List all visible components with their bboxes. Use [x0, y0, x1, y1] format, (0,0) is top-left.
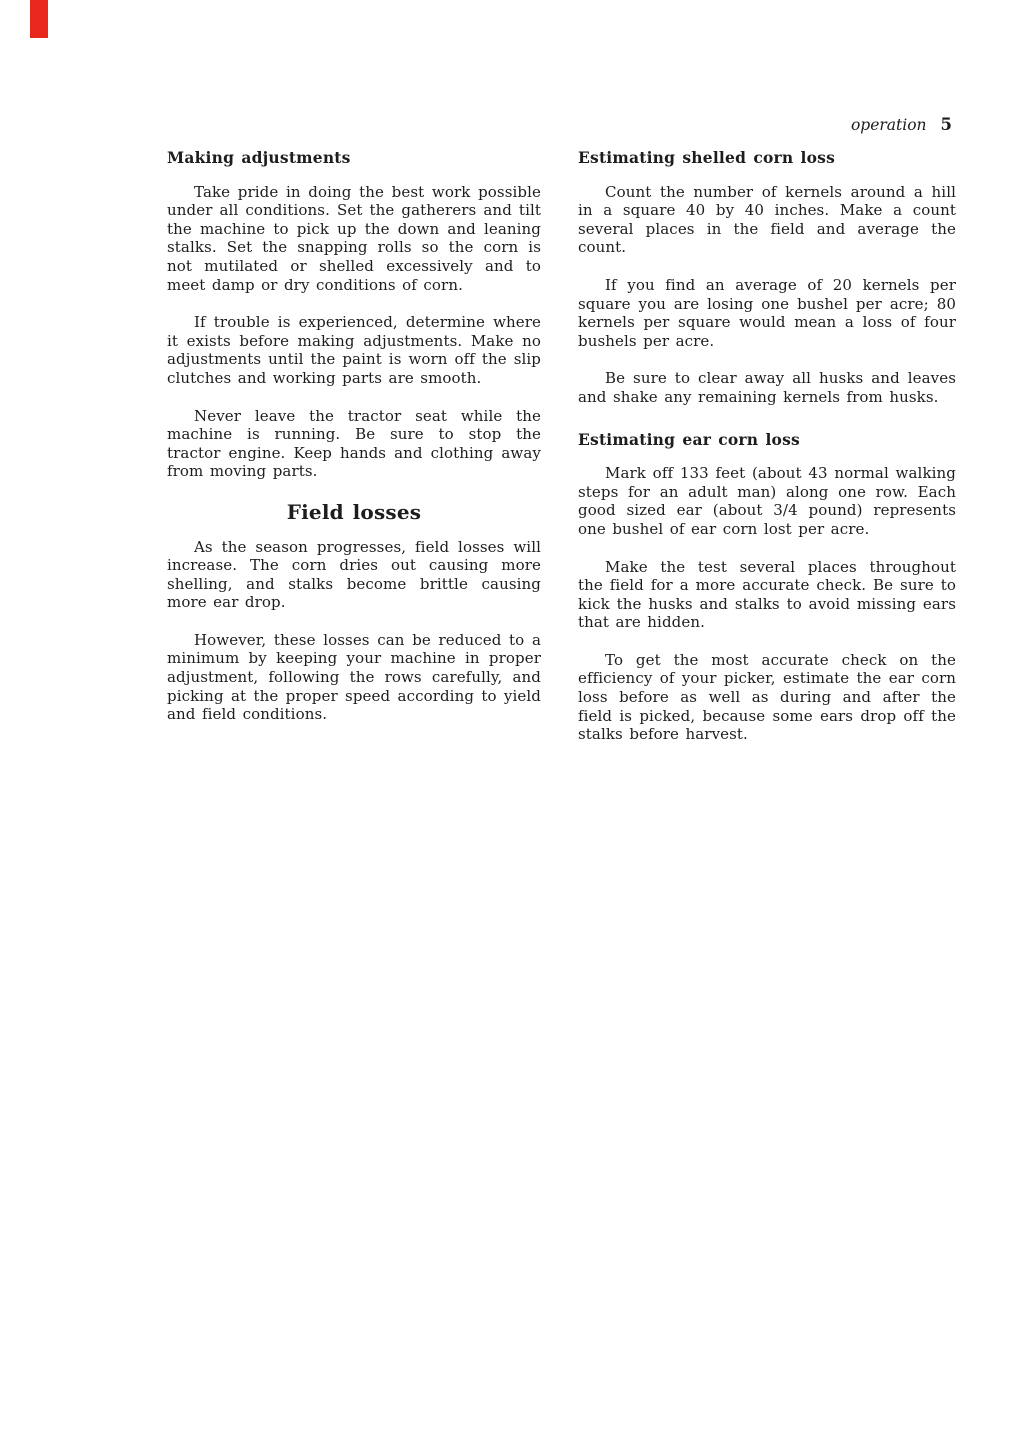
paragraph-average-20-kernels: If you find an average of 20 kernels per…	[578, 276, 956, 350]
paragraph-take-pride: Take pride in doing the best work possib…	[167, 183, 541, 295]
heading-estimating-shelled-corn-loss: Estimating shelled corn loss	[578, 149, 956, 168]
paragraph-if-trouble: If trouble is experienced, determine whe…	[167, 313, 541, 387]
page-number: 5	[941, 115, 952, 134]
left-column: Making adjustments Take pride in doing t…	[167, 149, 541, 743]
running-title: operation	[851, 116, 927, 134]
running-header: operation5	[851, 115, 952, 134]
paragraph-clear-husks: Be sure to clear away all husks and leav…	[578, 369, 956, 406]
red-margin-mark	[30, 0, 48, 38]
paragraph-accurate-check-efficiency: To get the most accurate check on the ef…	[578, 651, 956, 744]
heading-field-losses: Field losses	[167, 503, 541, 522]
right-column: Estimating shelled corn loss Count the n…	[578, 149, 956, 763]
paragraph-make-test-places: Make the test several places throughout …	[578, 558, 956, 632]
manual-page: operation5 Making adjustments Take pride…	[0, 0, 1024, 1449]
heading-estimating-ear-corn-loss: Estimating ear corn loss	[578, 431, 956, 450]
heading-making-adjustments: Making adjustments	[167, 149, 541, 168]
paragraph-mark-off-133-feet: Mark off 133 feet (about 43 normal walki…	[578, 464, 956, 538]
paragraph-losses-reduced: However, these losses can be reduced to …	[167, 631, 541, 724]
paragraph-count-kernels: Count the number of kernels around a hil…	[578, 183, 956, 257]
paragraph-never-leave: Never leave the tractor seat while the m…	[167, 407, 541, 481]
paragraph-season-progresses: As the season progresses, field losses w…	[167, 538, 541, 612]
